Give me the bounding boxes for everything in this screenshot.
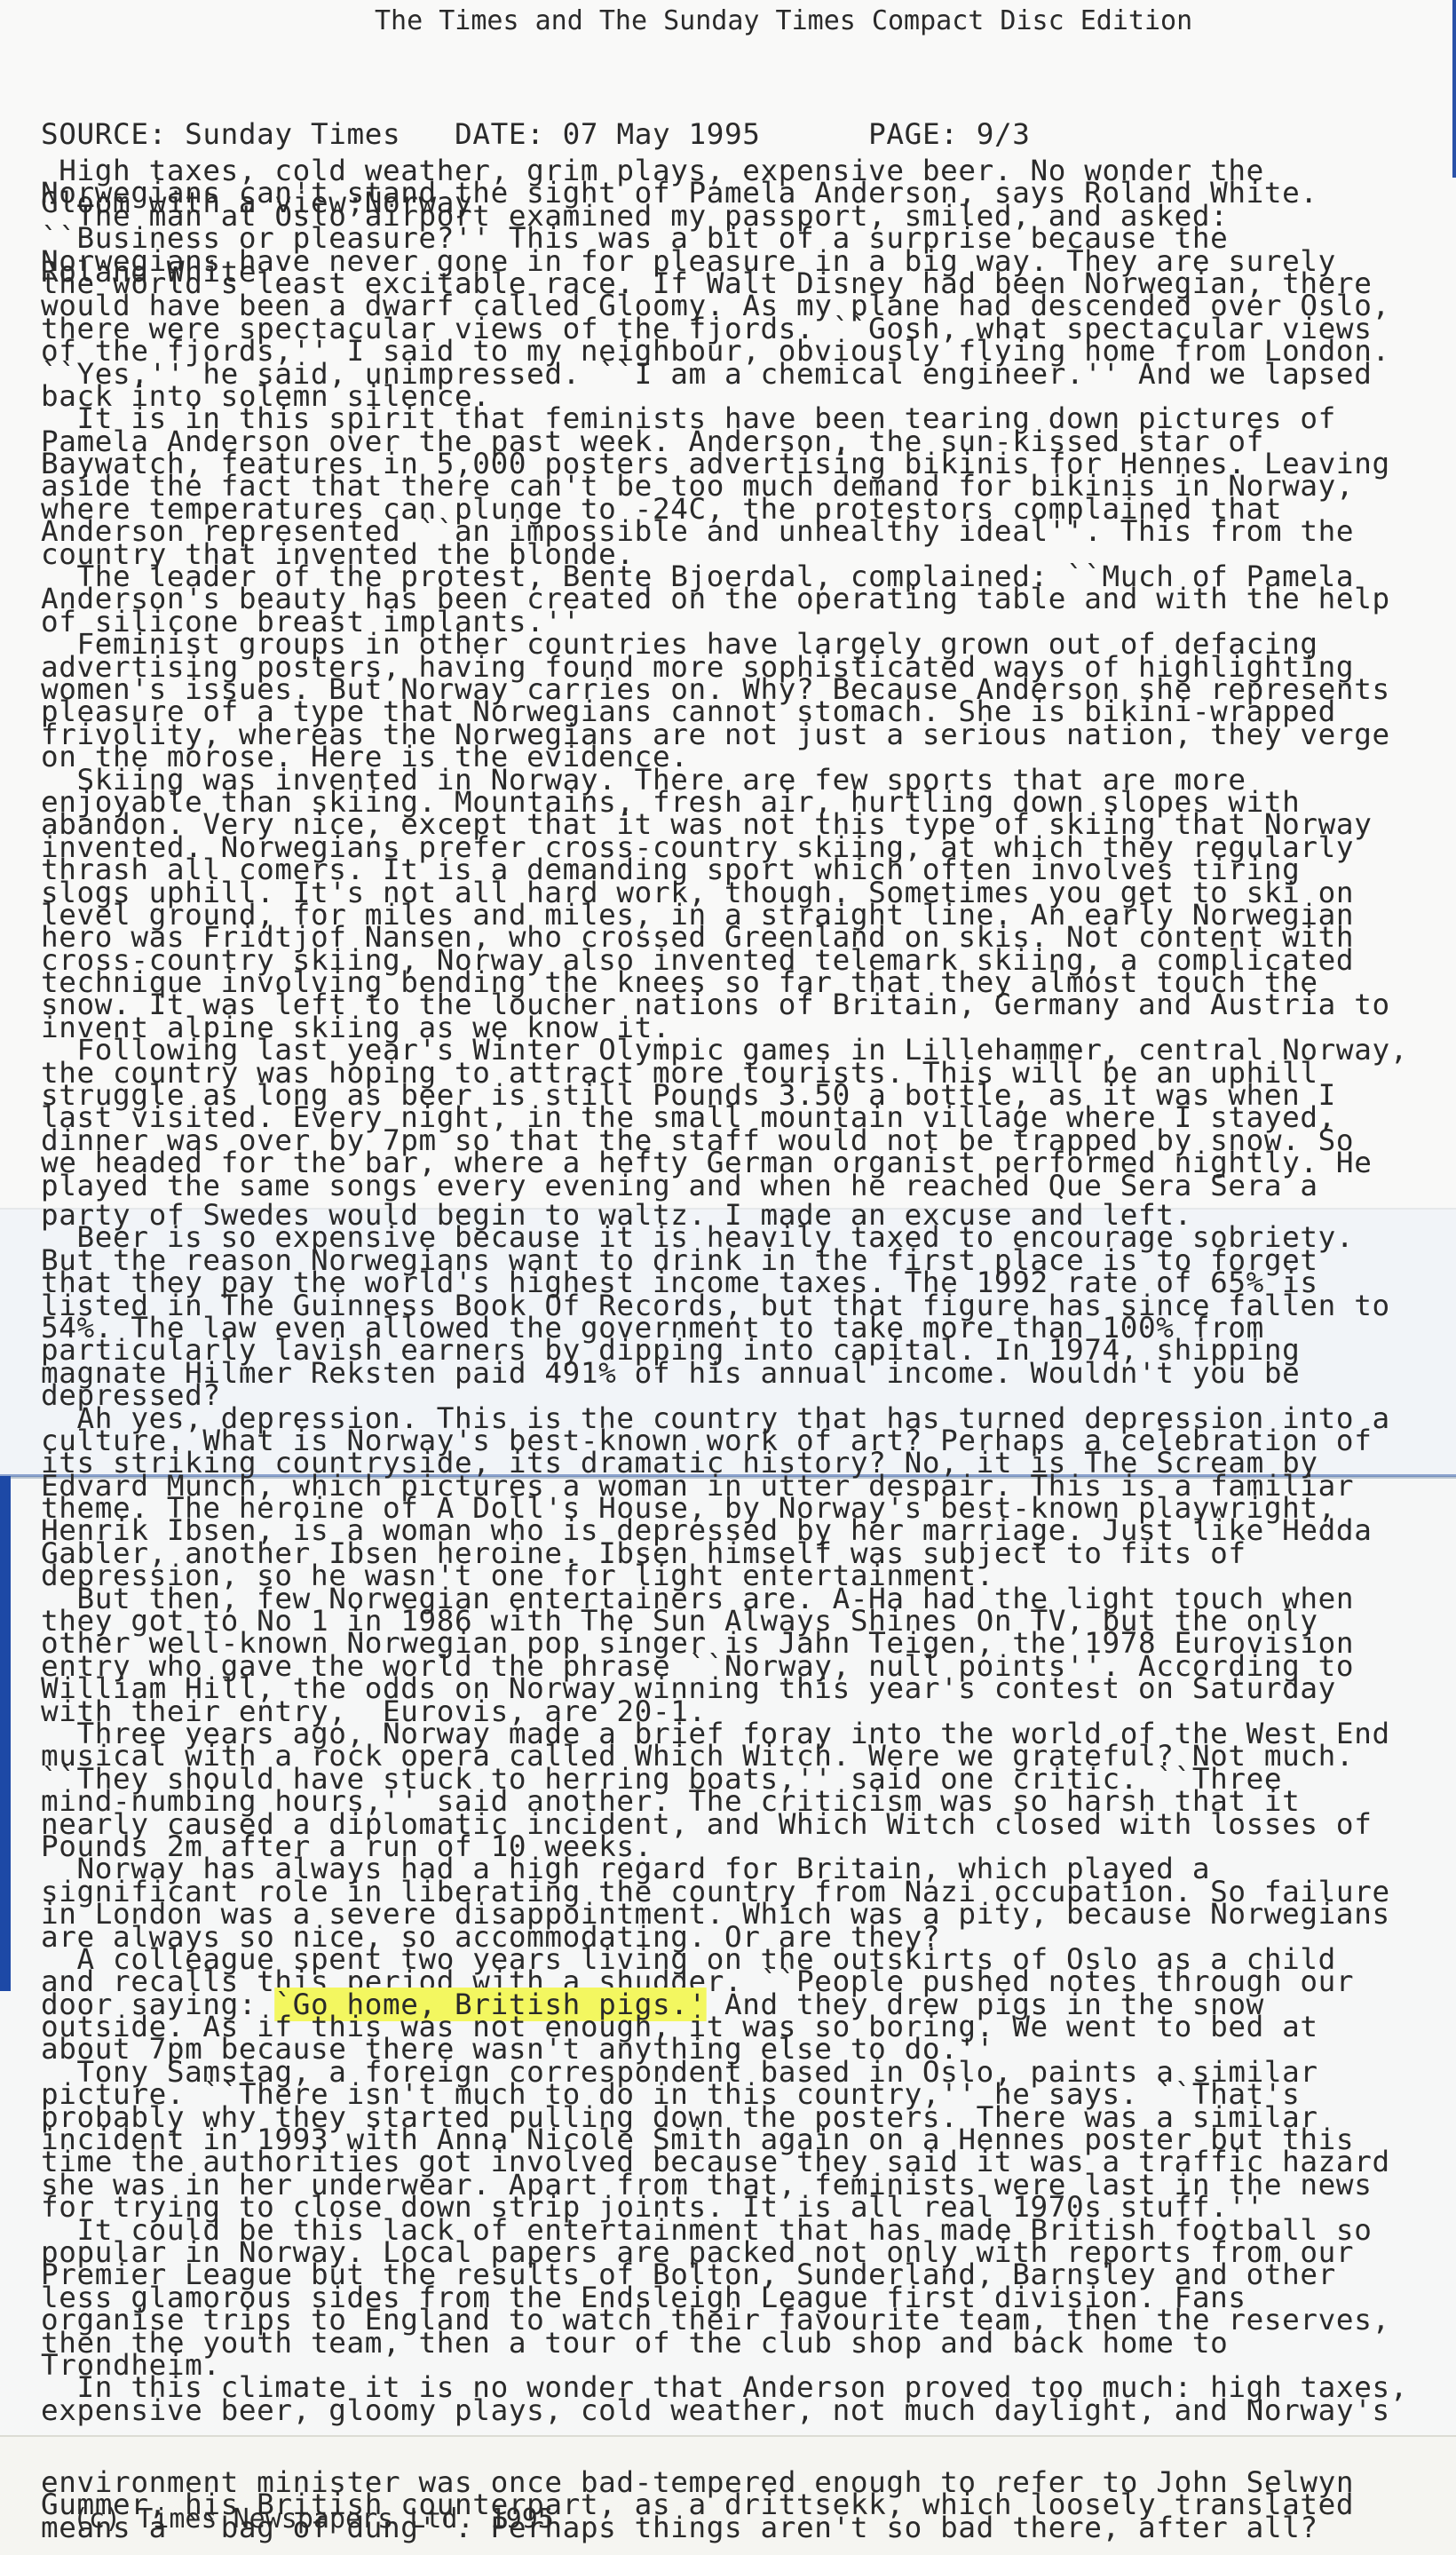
scan-edge-right: [1452, 0, 1456, 178]
article-body-part1: High taxes, cold weather, grim plays, ex…: [41, 160, 1408, 1197]
article-line: then the youth team, then a tour of the …: [41, 2332, 1408, 2354]
source-value: Sunday Times: [185, 117, 400, 151]
article-line: magnate Hilmer Reksten paid 491% of his …: [41, 1362, 1408, 1385]
page-label: PAGE:: [868, 117, 958, 151]
copyright-footer: (c) Times Newspapers Ltd. 1995: [73, 2506, 554, 2533]
scanned-page: The Times and The Sunday Times Compact D…: [0, 0, 1456, 2555]
edition-header: The Times and The Sunday Times Compact D…: [375, 7, 1192, 36]
page-value: 9/3: [977, 117, 1031, 151]
article-line: played the same songs every evening and …: [41, 1175, 1408, 1197]
source-label: SOURCE:: [41, 117, 167, 151]
date-label: DATE:: [455, 117, 544, 151]
meta-source-line: SOURCE: Sunday Times DATE: 07 May 1995 P…: [41, 123, 1031, 145]
scan-edge-left: [0, 1476, 11, 1991]
date-value: 07 May 1995: [563, 117, 761, 151]
article-line: expensive beer, gloomy plays, cold weath…: [41, 2400, 1408, 2422]
article-body-part2: party of Swedes would begin to waltz. I …: [41, 1204, 1408, 2422]
